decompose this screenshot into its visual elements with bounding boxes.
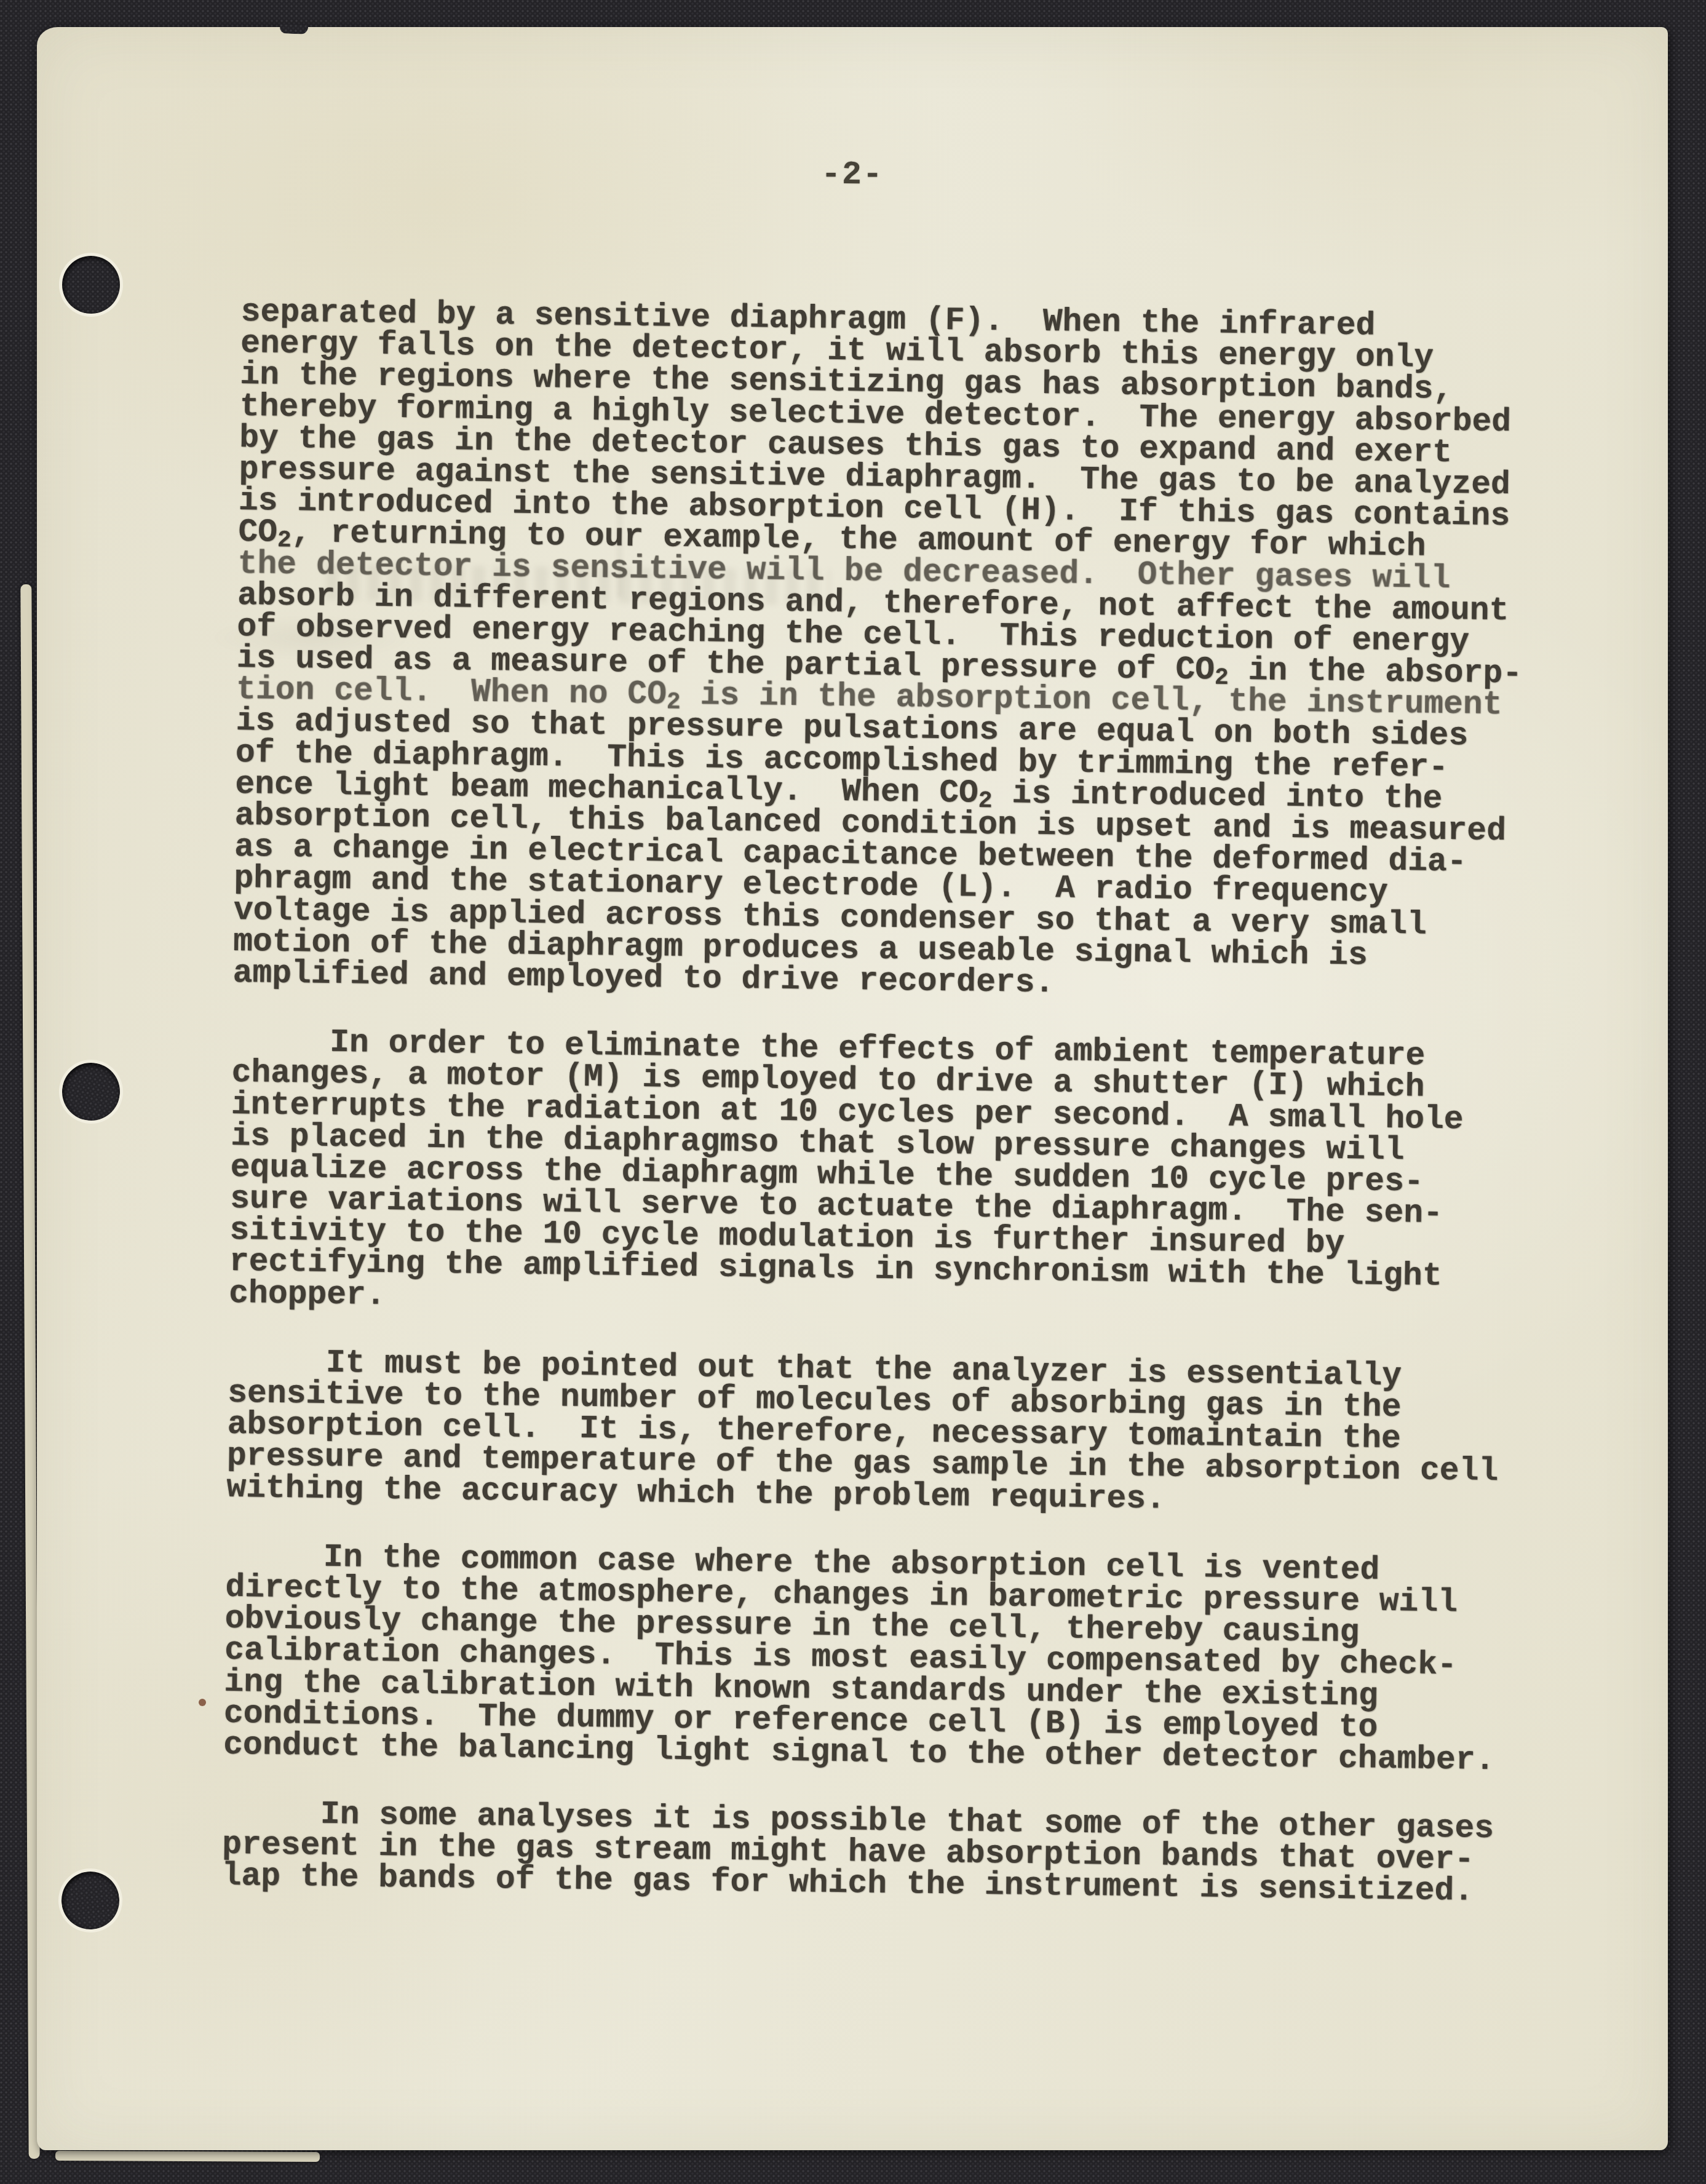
paragraph: In order to eliminate the effects of amb… (229, 1026, 1573, 1325)
document-page: -2- separated by a sensitive diaphragm (… (37, 27, 1668, 2150)
paragraph: In some analyses it is possible that som… (221, 1798, 1563, 1908)
page-number: -2- (37, 152, 1668, 197)
paragraph: It must be pointed out that the analyzer… (226, 1346, 1569, 1520)
document-text: separated by a sensitive diaphragm (F). … (221, 296, 1582, 1908)
paper-tear-notch (280, 24, 308, 34)
paragraph: In the common case where the absorption … (223, 1541, 1566, 1777)
scan-background: { "document": { "page_number": "-2-", "p… (0, 0, 1706, 2184)
punch-hole-top (62, 256, 120, 314)
punch-hole-bottom (58, 1868, 122, 1932)
ink-dot-artifact (199, 1699, 206, 1706)
punch-hole-middle (58, 1058, 125, 1126)
co2-subscript: 2 (666, 689, 680, 716)
paragraph: separated by a sensitive diaphragm (F). … (232, 296, 1582, 1006)
underlying-page-edge-bottom (55, 2151, 320, 2162)
